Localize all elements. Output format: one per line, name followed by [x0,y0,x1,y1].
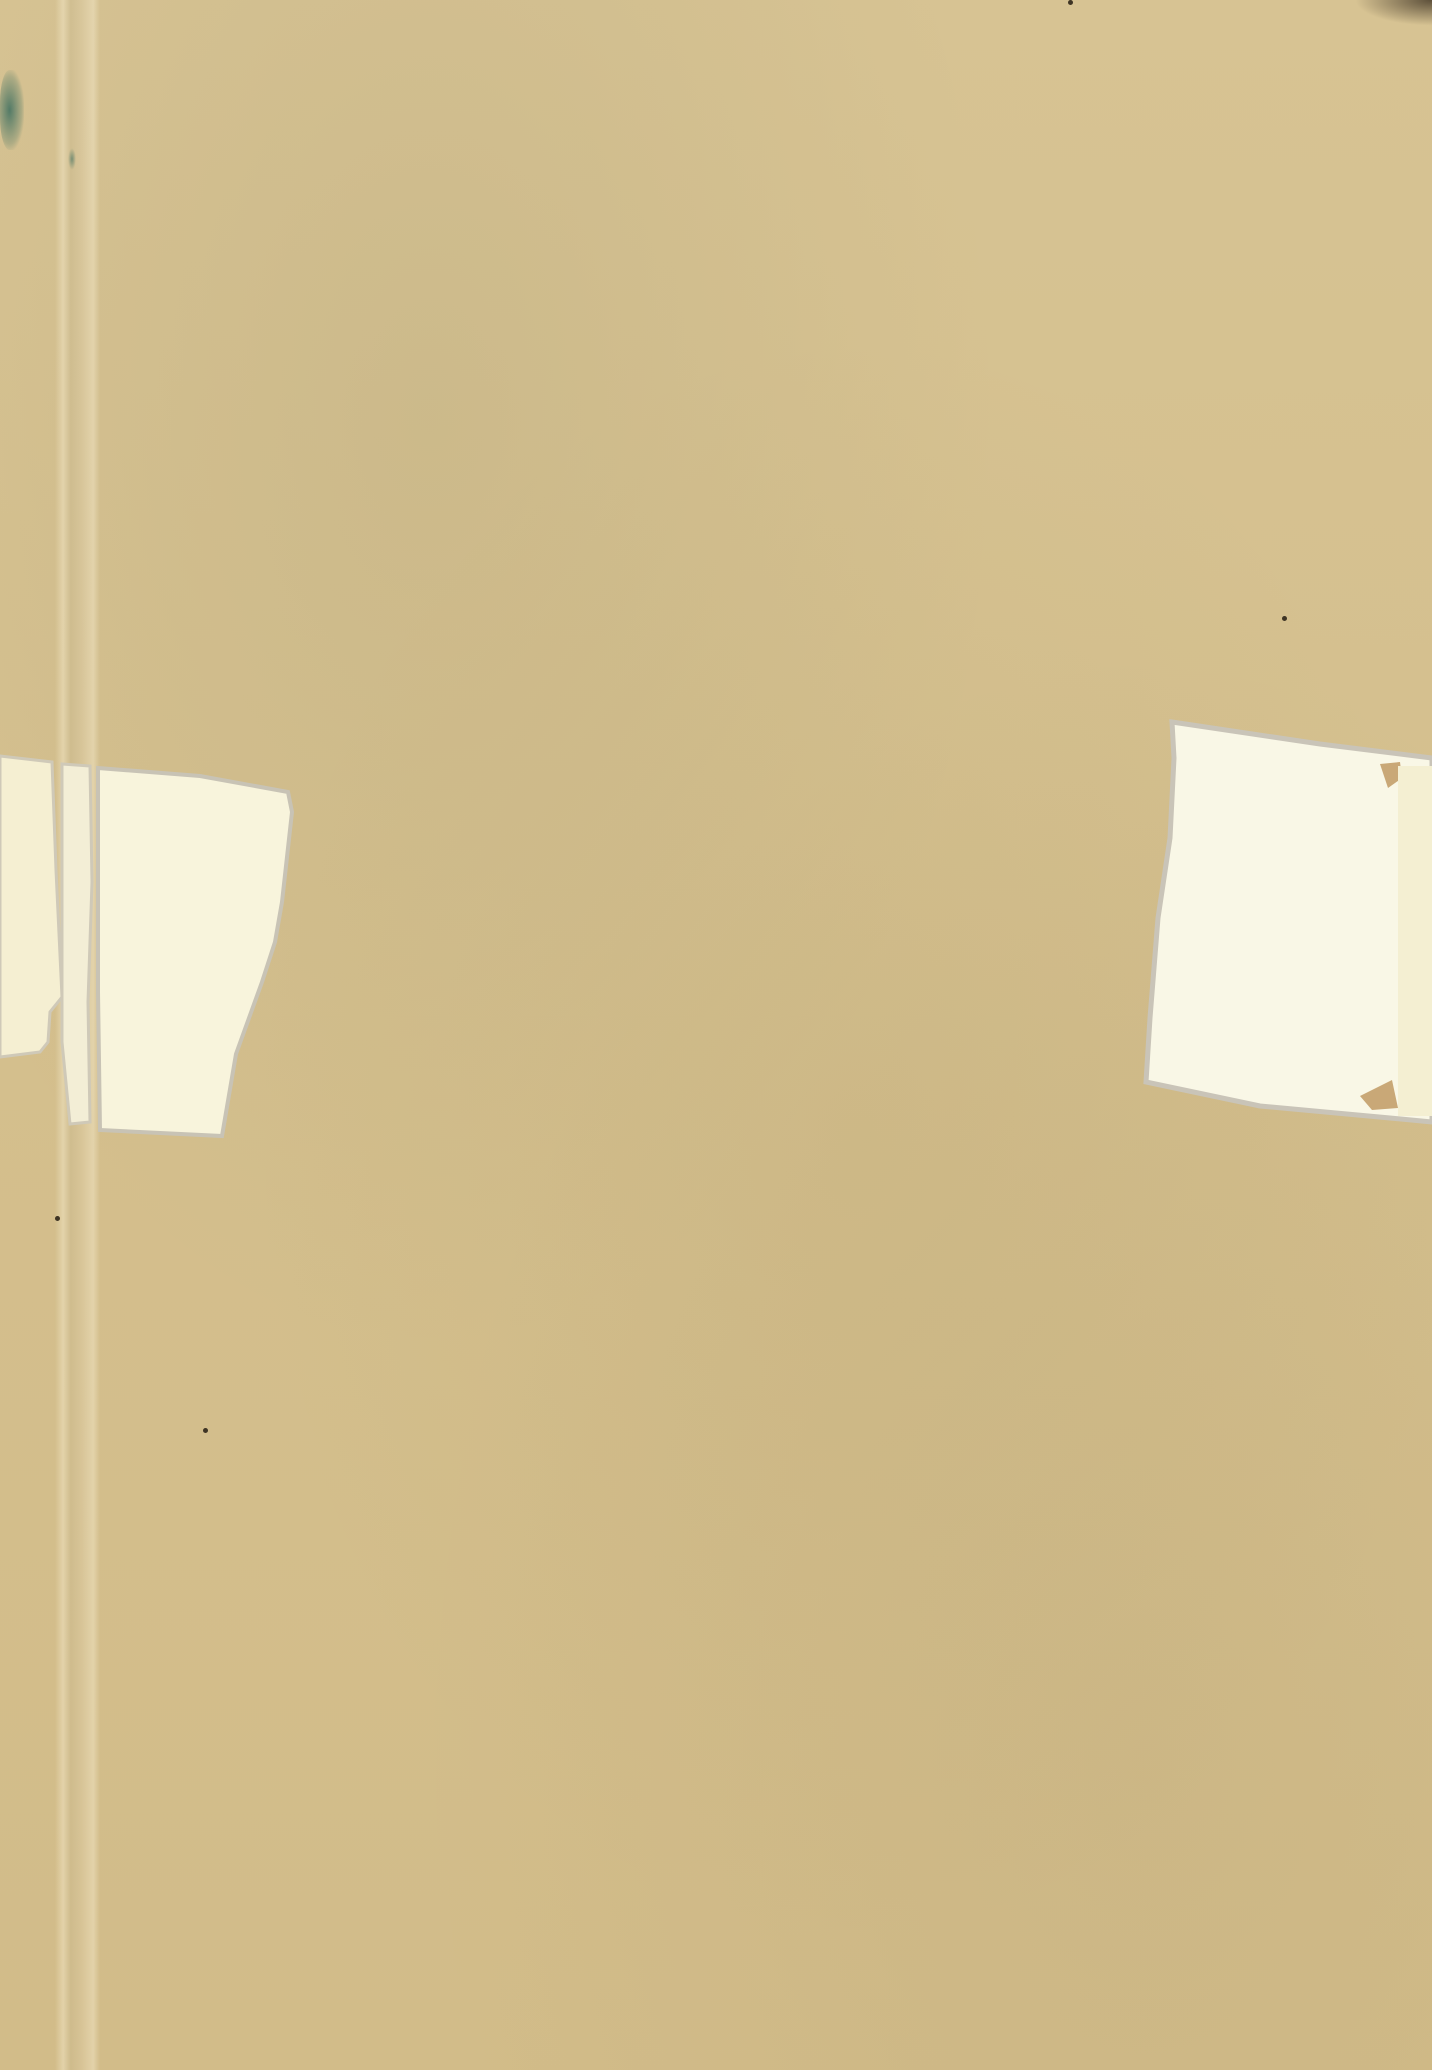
speck [55,1216,60,1221]
ink-mark [68,148,76,170]
ink-smudge [0,70,24,150]
corner-wear [1312,0,1432,40]
torn-label-right [1140,718,1432,1128]
speck [1282,616,1287,621]
speck [203,1428,208,1433]
torn-label-left [0,752,300,1147]
speck [1068,0,1073,5]
book-cover [0,0,1432,2070]
